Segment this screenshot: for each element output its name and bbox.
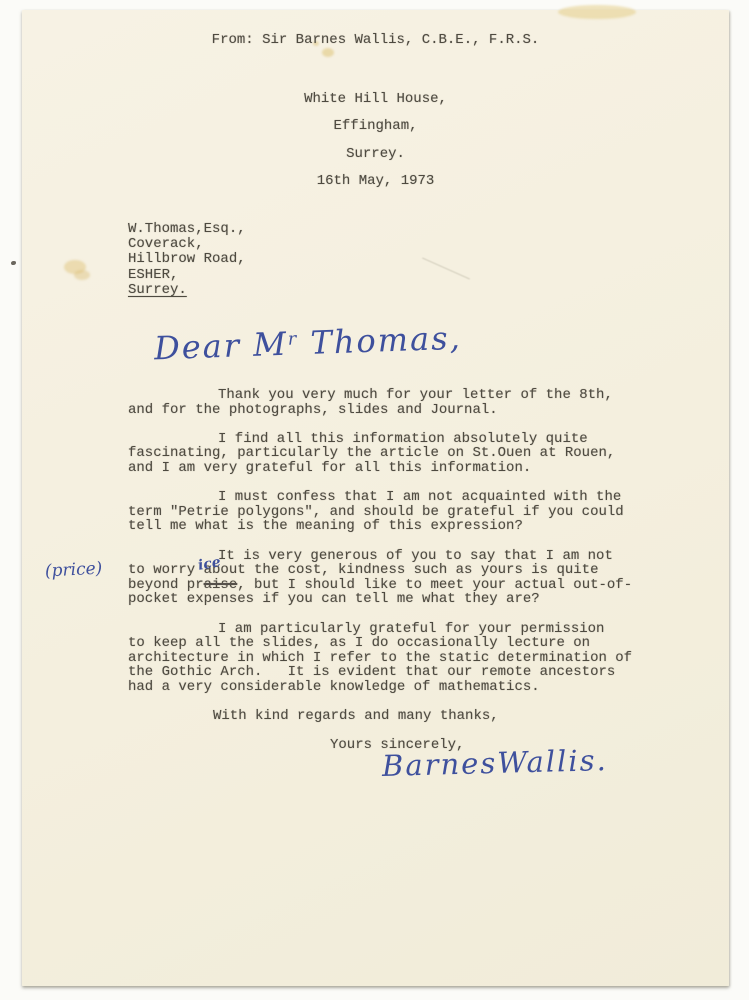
letter-body: Thank you very much for your letter of t… <box>128 388 688 767</box>
salutation-handwritten: Dear Mr Thomas, <box>153 319 462 368</box>
sender-address-block: White Hill House, Effingham, Surrey. 16t… <box>22 86 729 196</box>
recipient-line: W.Thomas,Esq., <box>128 222 246 237</box>
recipient-line: ESHER, <box>128 268 246 283</box>
paragraph: I must confess that I am not acquainted … <box>128 490 688 534</box>
body-line: and for the photographs, slides and Jour… <box>128 403 688 418</box>
from-line: From: Sir Barnes Wallis, C.B.E., F.R.S. <box>22 32 729 48</box>
paragraph: Thank you very much for your letter of t… <box>128 388 688 417</box>
salutation-text: Thomas, <box>298 319 463 363</box>
body-line: to keep all the slides, as I do occasion… <box>128 636 688 651</box>
foxing-stain <box>558 5 636 19</box>
closing-text: With kind regards and many thanks, <box>213 709 688 724</box>
dust-speck <box>11 261 16 265</box>
body-line: tell me what is the meaning of this expr… <box>128 519 688 534</box>
sender-address-line: White Hill House, <box>22 86 729 113</box>
body-line: I am particularly grateful for your perm… <box>128 622 688 637</box>
body-line: fascinating, particularly the article on… <box>128 446 688 461</box>
recipient-line: Surrey. <box>128 283 246 298</box>
body-line: the Gothic Arch. It is evident that our … <box>128 665 688 680</box>
paragraph: I find all this information absolutely q… <box>128 432 688 476</box>
body-line: Thank you very much for your letter of t… <box>128 388 688 403</box>
letter-date: 16th May, 1973 <box>22 168 729 195</box>
sender-address-line: Effingham, <box>22 113 729 140</box>
recipient-address-block: W.Thomas,Esq., Coverack, Hillbrow Road, … <box>128 222 246 298</box>
body-line: had a very considerable knowledge of mat… <box>128 680 688 695</box>
body-line: pocket expenses if you can tell me what … <box>128 592 688 607</box>
scanned-letter-background: From: Sir Barnes Wallis, C.B.E., F.R.S. … <box>0 0 749 1000</box>
closing-line: With kind regards and many thanks, <box>128 709 688 724</box>
letter-page: From: Sir Barnes Wallis, C.B.E., F.R.S. … <box>22 10 729 986</box>
pencil-scratch <box>422 257 470 279</box>
sender-address-line: Surrey. <box>22 141 729 168</box>
salutation-text: Dear M <box>153 325 288 368</box>
signature-handwritten: BarnesWallis. <box>382 743 609 783</box>
paragraph: I am particularly grateful for your perm… <box>128 622 688 695</box>
foxing-stain <box>74 270 90 280</box>
body-line: and I am very grateful for all this info… <box>128 461 688 476</box>
body-line: I must confess that I am not acquainted … <box>128 490 688 505</box>
foxing-stain <box>322 48 334 57</box>
margin-note-handwritten: (price) <box>45 559 103 582</box>
recipient-line: Hillbrow Road, <box>128 252 246 267</box>
